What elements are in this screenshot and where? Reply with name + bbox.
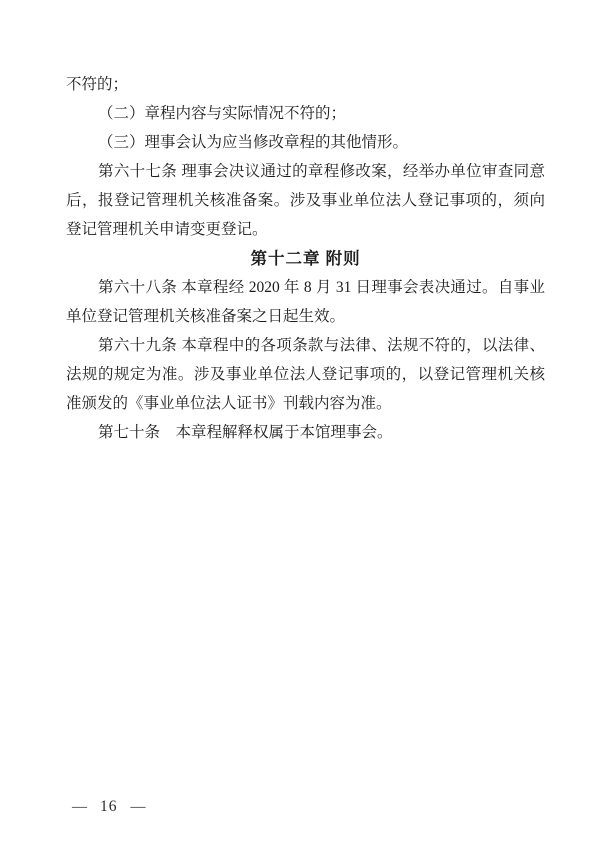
body-line: 登记管理机关申请变更登记。 (66, 215, 545, 244)
body-line: 不符的； (66, 70, 545, 99)
body-line-list-item-2: （二）章程内容与实际情况不符的； (66, 99, 545, 128)
document-body: 不符的； （二）章程内容与实际情况不符的； （三）理事会认为应当修改章程的其他情… (66, 70, 545, 447)
body-line: 单位登记管理机关核准备案之日起生效。 (66, 302, 545, 331)
body-line-article-67: 第六十七条 理事会决议通过的章程修改案，经举办单位审查同意 (66, 157, 545, 186)
page-number: 16 (100, 798, 118, 816)
body-line-article-70: 第七十条 本章程解释权属于本馆理事会。 (66, 418, 545, 447)
body-line-article-69: 第六十九条 本章程中的各项条款与法律、法规不符的，以法律、 (66, 331, 545, 360)
footer-dash-right: — (131, 799, 146, 816)
chapter-heading: 第十二章 附则 (66, 244, 545, 273)
page-footer: — 16 — (72, 796, 146, 818)
body-line: 准颁发的《事业单位法人证书》刊载内容为准。 (66, 389, 545, 418)
footer-dash-left: — (72, 799, 87, 816)
body-line: 法规的规定为准。涉及事业单位法人登记事项的，以登记管理机关核 (66, 360, 545, 389)
body-line: 后，报登记管理机关核准备案。涉及事业单位法人登记事项的，须向 (66, 186, 545, 215)
body-line-article-68: 第六十八条 本章程经 2020 年 8 月 31 日理事会表决通过。自事业 (66, 273, 545, 302)
document-page: 不符的； （二）章程内容与实际情况不符的； （三）理事会认为应当修改章程的其他情… (0, 0, 609, 860)
body-line-list-item-3: （三）理事会认为应当修改章程的其他情形。 (66, 128, 545, 157)
